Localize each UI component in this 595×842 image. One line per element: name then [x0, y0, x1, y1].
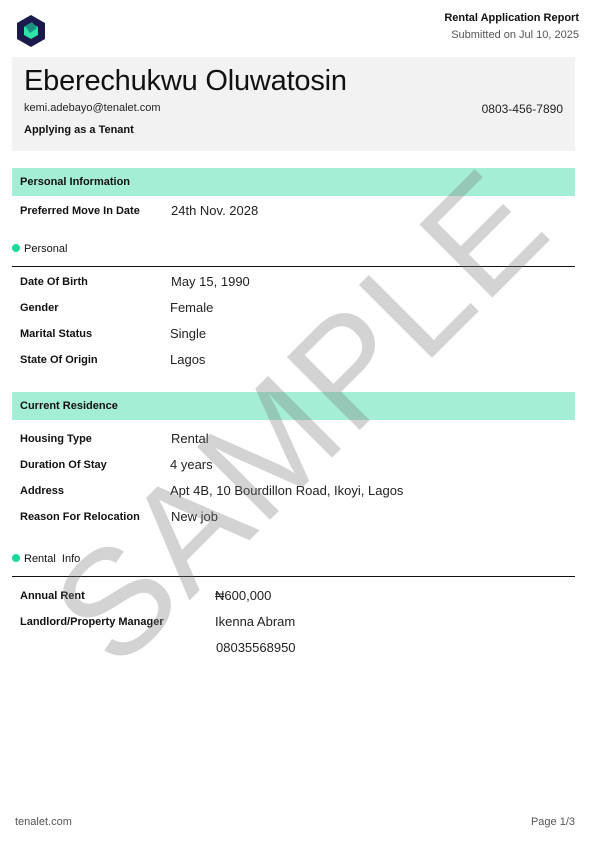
field-label: Landlord/Property Manager: [20, 613, 164, 631]
report-title: Rental Application Report: [444, 11, 579, 25]
section-current-residence: Current Residence: [12, 392, 575, 420]
field-value: Female: [170, 299, 213, 317]
applicant-phone: 0803-456-7890: [482, 102, 563, 116]
report-header: Rental Application Report Submitted on J…: [444, 11, 579, 43]
subsection-personal: Personal: [12, 242, 67, 256]
field-label: Gender: [20, 299, 59, 317]
applicant-email: kemi.adebayo@tenalet.com: [24, 102, 161, 114]
subsection-title: Rental Info: [24, 553, 80, 565]
applicant-name: Eberechukwu Oluwatosin: [24, 65, 347, 98]
field-value: Rental: [171, 430, 209, 448]
field-label: Date Of Birth: [20, 273, 88, 291]
footer-site: tenalet.com: [15, 816, 72, 828]
field-value: New job: [171, 508, 218, 526]
divider: [12, 266, 575, 267]
company-logo-icon: [15, 14, 47, 48]
field-label: Marital Status: [20, 325, 92, 343]
page-number: Page 1/3: [531, 816, 575, 828]
bullet-dot-icon: [12, 554, 20, 562]
subsection-rental-info: Rental Info: [12, 552, 80, 566]
field-value: Apt 4B, 10 Bourdillon Road, Ikoyi, Lagos: [170, 482, 403, 500]
section-personal-information: Personal Information: [12, 168, 575, 196]
field-label: Address: [20, 482, 64, 500]
field-value: ₦600,000: [215, 587, 271, 605]
applicant-role: Applying as a Tenant: [24, 124, 134, 136]
field-label: State Of Origin: [20, 351, 98, 369]
submitted-date: Submitted on Jul 10, 2025: [444, 27, 579, 43]
field-value: May 15, 1990: [171, 273, 250, 291]
field-value: 08035568950: [216, 639, 296, 657]
applicant-card: Eberechukwu Oluwatosin kemi.adebayo@tena…: [12, 57, 575, 151]
field-value: Single: [170, 325, 206, 343]
field-value: Ikenna Abram: [215, 613, 295, 631]
field-label: Annual Rent: [20, 587, 85, 605]
field-value: 24th Nov. 2028: [171, 202, 258, 220]
field-label: Preferred Move In Date: [20, 202, 140, 220]
field-value: Lagos: [170, 351, 205, 369]
field-label: Housing Type: [20, 430, 92, 448]
subsection-title: Personal: [24, 243, 67, 255]
field-value: 4 years: [170, 456, 213, 474]
field-label: Duration Of Stay: [20, 456, 107, 474]
bullet-dot-icon: [12, 244, 20, 252]
field-label: Reason For Relocation: [20, 508, 140, 526]
divider: [12, 576, 575, 577]
